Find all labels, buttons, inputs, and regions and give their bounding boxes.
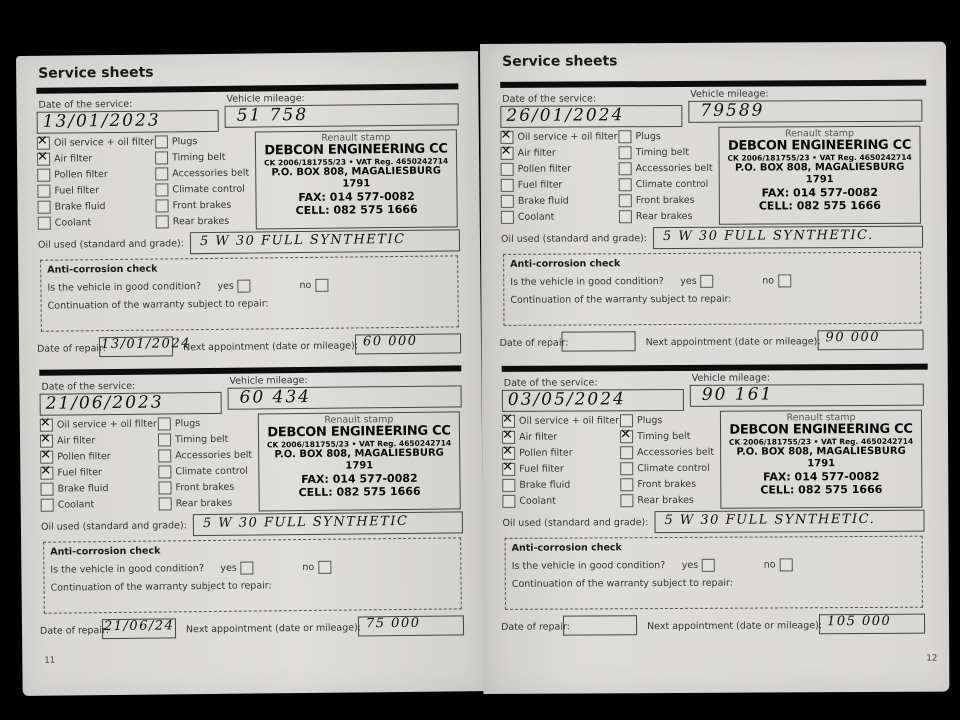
checkbox[interactable] bbox=[502, 462, 515, 475]
checklist-item[interactable]: Pollen filter bbox=[501, 162, 572, 176]
checkbox[interactable] bbox=[501, 146, 514, 159]
checkbox[interactable] bbox=[156, 215, 169, 228]
checklist-item[interactable]: Rear brakes bbox=[619, 209, 693, 223]
checklist-item-label: Timing belt bbox=[175, 433, 228, 445]
no-label: no bbox=[762, 275, 774, 286]
next-appointment-value: 75 000 bbox=[366, 616, 421, 632]
checkbox[interactable] bbox=[155, 135, 168, 148]
good-condition-question: Is the vehicle in good condition? bbox=[50, 563, 204, 576]
vehicle-mileage-label: Vehicle mileage: bbox=[229, 375, 307, 387]
checkbox[interactable] bbox=[619, 146, 632, 159]
anti-corrosion-title: Anti-corrosion check bbox=[47, 264, 157, 276]
checklist-item[interactable]: Coolant bbox=[501, 210, 555, 224]
checkbox[interactable] bbox=[620, 446, 633, 459]
checklist-item-label: Air filter bbox=[519, 431, 557, 442]
checklist-item-label: Climate control bbox=[172, 183, 245, 195]
checklist-item[interactable]: Accessories belt bbox=[619, 161, 713, 175]
good-condition-question: Is the vehicle in good condition? bbox=[47, 281, 201, 294]
date-of-repair-field[interactable] bbox=[563, 615, 637, 635]
good-condition-question: Is the vehicle in good condition? bbox=[510, 276, 664, 288]
checklist-item-label: Plugs bbox=[175, 418, 200, 429]
oil-used-label: Oil used (standard and grade): bbox=[38, 238, 184, 251]
good-condition-no-checkbox[interactable] bbox=[315, 279, 328, 292]
stamp-company-name: DEBCON ENGINEERING CC bbox=[720, 139, 920, 154]
page-title: Service sheets bbox=[502, 53, 617, 70]
checklist-item[interactable]: Plugs bbox=[155, 134, 198, 148]
next-appointment-value: 60 000 bbox=[363, 334, 418, 350]
date-of-service-label: Date of the service: bbox=[41, 381, 135, 393]
checkbox[interactable] bbox=[619, 210, 632, 223]
checkbox[interactable] bbox=[40, 482, 53, 495]
oil-used-value: 5 W 30 FULL SYNTHETIC bbox=[203, 514, 409, 531]
checklist-item-label: Plugs bbox=[637, 415, 662, 426]
good-condition-yes-checkbox[interactable] bbox=[700, 275, 713, 288]
checklist-item[interactable]: Air filter bbox=[502, 430, 557, 444]
checklist-item[interactable]: Front brakes bbox=[156, 198, 232, 213]
checklist-item-label: Front brakes bbox=[173, 199, 232, 211]
checklist-item-label: Brake fluid bbox=[518, 195, 569, 206]
page-title: Service sheets bbox=[38, 65, 154, 82]
next-appointment-label: Next appointment (date or mileage): bbox=[646, 336, 821, 348]
checkbox[interactable] bbox=[37, 136, 50, 149]
checklist-item-label: Fuel filter bbox=[54, 185, 99, 196]
checkbox[interactable] bbox=[40, 434, 53, 447]
oil-used-label: Oil used (standard and grade): bbox=[41, 520, 187, 533]
stamp-cell: CELL: 082 575 1666 bbox=[721, 483, 921, 497]
oil-used-label: Oil used (standard and grade): bbox=[502, 517, 648, 529]
checklist-item[interactable]: Brake fluid bbox=[40, 481, 108, 496]
checkbox[interactable] bbox=[155, 151, 168, 164]
checklist-item[interactable]: Timing belt bbox=[155, 150, 226, 165]
service-entry: Date of the service: 26/01/2024 Vehicle … bbox=[500, 86, 927, 370]
anti-corrosion-section: Anti-corrosion check Is the vehicle in g… bbox=[40, 255, 459, 331]
page-number: 11 bbox=[44, 656, 55, 666]
checklist-item[interactable]: Fuel filter bbox=[40, 465, 102, 480]
anti-corrosion-title: Anti-corrosion check bbox=[510, 258, 620, 270]
checklist-item-label: Pollen filter bbox=[518, 163, 572, 174]
checkbox[interactable] bbox=[155, 167, 168, 180]
good-condition-no-checkbox[interactable] bbox=[778, 274, 791, 287]
checklist-item[interactable]: Plugs bbox=[620, 413, 662, 427]
checkbox[interactable] bbox=[40, 418, 53, 431]
checklist-item-label: Coolant bbox=[518, 211, 555, 222]
good-condition-no-checkbox[interactable] bbox=[780, 558, 793, 571]
date-of-repair-value: 21/06/24 bbox=[104, 618, 175, 634]
next-appointment-value: 105 000 bbox=[827, 614, 891, 629]
checklist-item-label: Oil service + oil filter bbox=[57, 418, 157, 430]
warranty-continuation-label: Continuation of the warranty subject to … bbox=[51, 580, 272, 593]
checklist-item[interactable]: Brake fluid bbox=[501, 194, 569, 208]
next-appointment-label: Next appointment (date or mileage): bbox=[186, 622, 361, 635]
checkbox[interactable] bbox=[620, 478, 633, 491]
checklist-item[interactable]: Plugs bbox=[158, 416, 201, 430]
yes-label: yes bbox=[682, 560, 698, 571]
checklist-item-label: Timing belt bbox=[172, 151, 225, 163]
checkbox[interactable] bbox=[155, 183, 168, 196]
checklist-item[interactable]: Front brakes bbox=[158, 480, 234, 495]
dealer-stamp-box: Renault stamp DEBCON ENGINEERING CC CK 2… bbox=[255, 129, 458, 229]
checklist-item-label: Oil service + oil filter bbox=[54, 136, 154, 148]
checklist-item[interactable]: Air filter bbox=[40, 433, 95, 448]
checklist-item[interactable]: Oil service + oil filter bbox=[502, 413, 619, 428]
vehicle-mileage-value: 51 758 bbox=[237, 105, 309, 126]
booklet-page-left: Service sheets Date of the service: 13/0… bbox=[16, 51, 485, 696]
vehicle-mileage-label: Vehicle mileage: bbox=[690, 88, 768, 99]
checkbox[interactable] bbox=[38, 216, 51, 229]
checklist-item[interactable]: Rear brakes bbox=[156, 214, 230, 229]
checklist-item[interactable]: Rear brakes bbox=[159, 496, 233, 511]
dealer-stamp-box: Renault stamp DEBCON ENGINEERING CC CK 2… bbox=[258, 411, 461, 511]
checkbox[interactable] bbox=[40, 450, 53, 463]
stamp-address: P.O. BOX 808, MAGALIESBURG 1791 bbox=[721, 446, 921, 471]
checklist-item[interactable]: Timing belt bbox=[620, 429, 690, 443]
checklist-item-label: Air filter bbox=[57, 435, 95, 446]
good-condition-yes-checkbox[interactable] bbox=[240, 562, 253, 575]
booklet-page-right: Service sheets Date of the service: 26/0… bbox=[480, 42, 949, 694]
checklist-item-label: Plugs bbox=[635, 131, 660, 142]
checklist-item-label: Pollen filter bbox=[519, 447, 573, 458]
checklist-item-label: Climate control bbox=[637, 462, 710, 473]
stamp-address: P.O. BOX 808, MAGALIESBURG 1791 bbox=[259, 447, 459, 473]
checklist-item-label: Coolant bbox=[58, 499, 95, 510]
checkbox[interactable] bbox=[502, 430, 515, 443]
checklist-item[interactable]: Timing belt bbox=[158, 432, 229, 447]
checkbox[interactable] bbox=[618, 130, 631, 143]
checkbox[interactable] bbox=[501, 162, 514, 175]
oil-used-value: 5 W 30 FULL SYNTHETIC. bbox=[663, 228, 874, 244]
service-entry: Date of the service: 21/06/2023 Vehicle … bbox=[39, 371, 464, 657]
checkbox[interactable] bbox=[158, 417, 171, 430]
stamp-company-name: DEBCON ENGINEERING CC bbox=[721, 423, 921, 438]
checkbox[interactable] bbox=[158, 449, 171, 462]
date-of-service-value: 03/05/2024 bbox=[508, 389, 626, 410]
checklist-item-label: Coolant bbox=[519, 495, 556, 506]
checklist-item-label: Fuel filter bbox=[518, 179, 563, 190]
stamp-cell: CELL: 082 575 1666 bbox=[720, 199, 920, 213]
checkbox[interactable] bbox=[41, 498, 54, 511]
good-condition-question: Is the vehicle in good condition? bbox=[512, 560, 666, 572]
date-of-service-label: Date of the service: bbox=[504, 377, 598, 388]
vehicle-mileage-value: 79589 bbox=[700, 101, 764, 121]
checklist-item[interactable]: Oil service + oil filter bbox=[37, 135, 154, 150]
date-of-repair-label: Date of repair: bbox=[37, 343, 106, 355]
checklist-item-label: Oil service + oil filter bbox=[517, 131, 617, 143]
service-entry: Date of the service: 03/05/2024 Vehicle … bbox=[502, 370, 929, 654]
checkbox[interactable] bbox=[500, 130, 513, 143]
anti-corrosion-section: Anti-corrosion check Is the vehicle in g… bbox=[505, 536, 923, 610]
checklist-item-label: Climate control bbox=[636, 178, 709, 189]
checklist-item[interactable]: Pollen filter bbox=[37, 167, 108, 182]
checklist-item[interactable]: Brake fluid bbox=[38, 199, 106, 214]
checklist-item-label: Brake fluid bbox=[55, 201, 106, 213]
checklist-item-label: Fuel filter bbox=[57, 467, 102, 478]
oil-used-label: Oil used (standard and grade): bbox=[501, 233, 647, 245]
next-appointment-label: Next appointment (date or mileage): bbox=[183, 340, 358, 353]
checklist-item-label: Front brakes bbox=[637, 478, 696, 489]
checkbox[interactable] bbox=[620, 414, 633, 427]
checklist-item[interactable]: Front brakes bbox=[619, 193, 695, 207]
checklist-item[interactable]: Front brakes bbox=[620, 477, 696, 491]
checklist-item[interactable]: Accessories belt bbox=[155, 166, 249, 181]
yes-label: yes bbox=[217, 281, 234, 292]
date-of-repair-value: 13/01/2024 bbox=[101, 336, 191, 352]
page-number: 12 bbox=[926, 654, 937, 664]
checklist-item-label: Timing belt bbox=[637, 430, 690, 441]
no-label: no bbox=[299, 280, 311, 291]
checklist-item[interactable]: Coolant bbox=[38, 215, 92, 230]
good-condition-yes-checkbox[interactable] bbox=[237, 280, 250, 293]
dealer-stamp-box: Renault stamp DEBCON ENGINEERING CC CK 2… bbox=[718, 126, 921, 225]
no-label: no bbox=[764, 559, 776, 570]
checklist-item[interactable]: Air filter bbox=[37, 151, 92, 166]
checklist-item-label: Accessories belt bbox=[175, 449, 252, 461]
checkbox[interactable] bbox=[40, 466, 53, 479]
anti-corrosion-title: Anti-corrosion check bbox=[50, 546, 160, 558]
no-label: no bbox=[302, 562, 314, 573]
checklist-item[interactable]: Fuel filter bbox=[502, 462, 564, 476]
checkbox[interactable] bbox=[619, 162, 632, 175]
checklist-item[interactable]: Climate control bbox=[620, 461, 710, 475]
checkbox[interactable] bbox=[620, 462, 633, 475]
checklist-item[interactable]: Coolant bbox=[41, 497, 95, 512]
checklist-item-label: Climate control bbox=[175, 465, 248, 477]
date-of-service-value: 13/01/2023 bbox=[43, 110, 161, 131]
date-of-service-value: 21/06/2023 bbox=[46, 392, 164, 413]
checklist-item-label: Accessories belt bbox=[637, 446, 714, 457]
vehicle-mileage-label: Vehicle mileage: bbox=[692, 372, 770, 383]
checkbox[interactable] bbox=[620, 430, 633, 443]
date-of-repair-label: Date of repair: bbox=[40, 625, 109, 637]
stamp-fax: FAX: 014 577-0082 bbox=[721, 470, 921, 484]
checklist-item-label: Accessories belt bbox=[636, 162, 713, 173]
checklist-item-label: Coolant bbox=[55, 217, 92, 228]
checkbox[interactable] bbox=[619, 178, 632, 191]
checkbox[interactable] bbox=[619, 194, 632, 207]
checklist-item[interactable]: Brake fluid bbox=[502, 478, 570, 492]
checklist-item[interactable]: Pollen filter bbox=[40, 449, 111, 464]
checklist-item[interactable]: Fuel filter bbox=[37, 183, 99, 198]
checklist-item[interactable]: Coolant bbox=[502, 494, 556, 508]
next-appointment-label: Next appointment (date or mileage): bbox=[647, 620, 822, 632]
good-condition-yes-checkbox[interactable] bbox=[702, 559, 715, 572]
checkbox[interactable] bbox=[501, 194, 514, 207]
yes-label: yes bbox=[220, 563, 237, 574]
checkbox[interactable] bbox=[37, 152, 50, 165]
checklist-item-label: Brake fluid bbox=[519, 479, 570, 490]
checklist-item-label: Plugs bbox=[172, 136, 197, 147]
next-appointment-value: 90 000 bbox=[826, 330, 881, 345]
date-of-repair-label: Date of repair: bbox=[500, 338, 569, 349]
vehicle-mileage-value: 90 161 bbox=[702, 384, 774, 404]
checklist-item[interactable]: Accessories belt bbox=[620, 445, 714, 459]
date-of-repair-field[interactable] bbox=[562, 331, 636, 351]
anti-corrosion-section: Anti-corrosion check Is the vehicle in g… bbox=[503, 252, 921, 326]
warranty-continuation-label: Continuation of the warranty subject to … bbox=[510, 294, 731, 306]
checklist-item-label: Brake fluid bbox=[57, 483, 108, 495]
checklist-item-label: Pollen filter bbox=[57, 451, 111, 463]
checklist-item[interactable]: Accessories belt bbox=[158, 448, 252, 463]
checkbox[interactable] bbox=[502, 478, 515, 491]
date-of-repair-label: Date of repair: bbox=[501, 622, 570, 633]
checklist-item-label: Air filter bbox=[518, 147, 556, 158]
stamp-fax: FAX: 014 577-0082 bbox=[720, 186, 920, 200]
dealer-stamp-box: Renault stamp DEBCON ENGINEERING CC CK 2… bbox=[720, 410, 923, 509]
stamp-address: P.O. BOX 808, MAGALIESBURG 1791 bbox=[256, 165, 456, 191]
checkbox[interactable] bbox=[158, 433, 171, 446]
date-of-service-value: 26/01/2024 bbox=[506, 105, 624, 126]
stamp-cell: CELL: 082 575 1666 bbox=[257, 202, 457, 217]
checklist-item-label: Oil service + oil filter bbox=[519, 415, 619, 427]
checklist-item-label: Front brakes bbox=[175, 481, 234, 493]
checklist-item-label: Pollen filter bbox=[54, 169, 108, 181]
warranty-continuation-label: Continuation of the warranty subject to … bbox=[48, 298, 269, 311]
checkbox[interactable] bbox=[158, 481, 171, 494]
checkbox[interactable] bbox=[501, 178, 514, 191]
checklist-item-label: Rear brakes bbox=[173, 215, 230, 227]
anti-corrosion-title: Anti-corrosion check bbox=[512, 542, 622, 554]
checklist-item[interactable]: Climate control bbox=[619, 177, 709, 191]
checkbox[interactable] bbox=[620, 494, 633, 507]
checklist-item[interactable]: Oil service + oil filter bbox=[500, 129, 617, 144]
checklist-item[interactable]: Climate control bbox=[155, 182, 245, 197]
checkbox[interactable] bbox=[37, 168, 50, 181]
vehicle-mileage-label: Vehicle mileage: bbox=[226, 93, 304, 105]
checklist-item-label: Rear brakes bbox=[636, 210, 693, 221]
checklist-item[interactable]: Fuel filter bbox=[501, 178, 563, 192]
checkbox[interactable] bbox=[158, 465, 171, 478]
checklist-item[interactable]: Climate control bbox=[158, 464, 248, 479]
checklist-item[interactable]: Pollen filter bbox=[502, 446, 573, 460]
checkbox[interactable] bbox=[156, 199, 169, 212]
checklist-item[interactable]: Oil service + oil filter bbox=[40, 417, 157, 432]
checklist-item[interactable]: Air filter bbox=[501, 146, 556, 160]
good-condition-no-checkbox[interactable] bbox=[318, 561, 331, 574]
checkbox[interactable] bbox=[501, 210, 514, 223]
warranty-continuation-label: Continuation of the warranty subject to … bbox=[512, 578, 733, 590]
checklist-item[interactable]: Rear brakes bbox=[620, 493, 694, 507]
checklist-item[interactable]: Plugs bbox=[618, 129, 660, 143]
checklist-item[interactable]: Timing belt bbox=[619, 145, 689, 159]
date-of-service-label: Date of the service: bbox=[38, 99, 132, 111]
checklist-item-label: Air filter bbox=[54, 153, 92, 164]
service-entry: Date of the service: 13/01/2023 Vehicle … bbox=[36, 89, 461, 375]
checklist-item-label: Front brakes bbox=[636, 194, 695, 205]
checklist-item-label: Rear brakes bbox=[176, 497, 233, 509]
checkbox[interactable] bbox=[502, 494, 515, 507]
checkbox[interactable] bbox=[502, 446, 515, 459]
anti-corrosion-section: Anti-corrosion check Is the vehicle in g… bbox=[43, 537, 462, 613]
date-of-service-label: Date of the service: bbox=[502, 93, 596, 104]
checkbox[interactable] bbox=[159, 497, 172, 510]
vehicle-mileage-value: 60 434 bbox=[239, 387, 311, 408]
checklist-item-label: Accessories belt bbox=[172, 167, 249, 179]
checkbox[interactable] bbox=[502, 414, 515, 427]
checkbox[interactable] bbox=[37, 184, 50, 197]
checkbox[interactable] bbox=[38, 200, 51, 213]
checklist-item-label: Timing belt bbox=[636, 146, 689, 157]
stamp-address: P.O. BOX 808, MAGALIESBURG 1791 bbox=[720, 162, 920, 187]
checklist-item-label: Fuel filter bbox=[519, 463, 564, 474]
checklist-item-label: Rear brakes bbox=[637, 494, 694, 505]
oil-used-value: 5 W 30 FULL SYNTHETIC bbox=[200, 232, 406, 249]
stamp-cell: CELL: 082 575 1666 bbox=[260, 484, 460, 499]
yes-label: yes bbox=[680, 276, 696, 287]
oil-used-value: 5 W 30 FULL SYNTHETIC. bbox=[664, 512, 875, 528]
